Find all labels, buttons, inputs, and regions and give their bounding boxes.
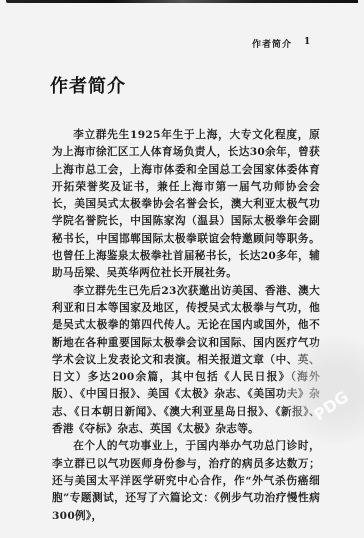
paragraph-3: 在个人的气功事业上，于国内举办气功总门诊时，李立群已以气功医师身份参与，治疗的病…: [52, 438, 320, 524]
chapter-title: 作者简介: [50, 72, 126, 98]
page-number: 1: [304, 37, 311, 50]
body-text: 李立群先生1925年生于上海，大专文化程度，原为上海市徐汇区工人体育场负责人，长…: [52, 127, 320, 525]
page-top-edge: [6, 0, 358, 3]
running-head-section: 作者简介: [252, 37, 292, 50]
paragraph-1: 李立群先生1925年生于上海，大专文化程度，原为上海市徐汇区工人体育场负责人，长…: [52, 127, 320, 283]
paragraph-2: 李立群先生已先后23次获邀出访美国、香港、澳大利亚和日本等国家及地区，传授吴式太…: [52, 283, 320, 439]
running-head: 作者简介 1: [252, 37, 311, 50]
